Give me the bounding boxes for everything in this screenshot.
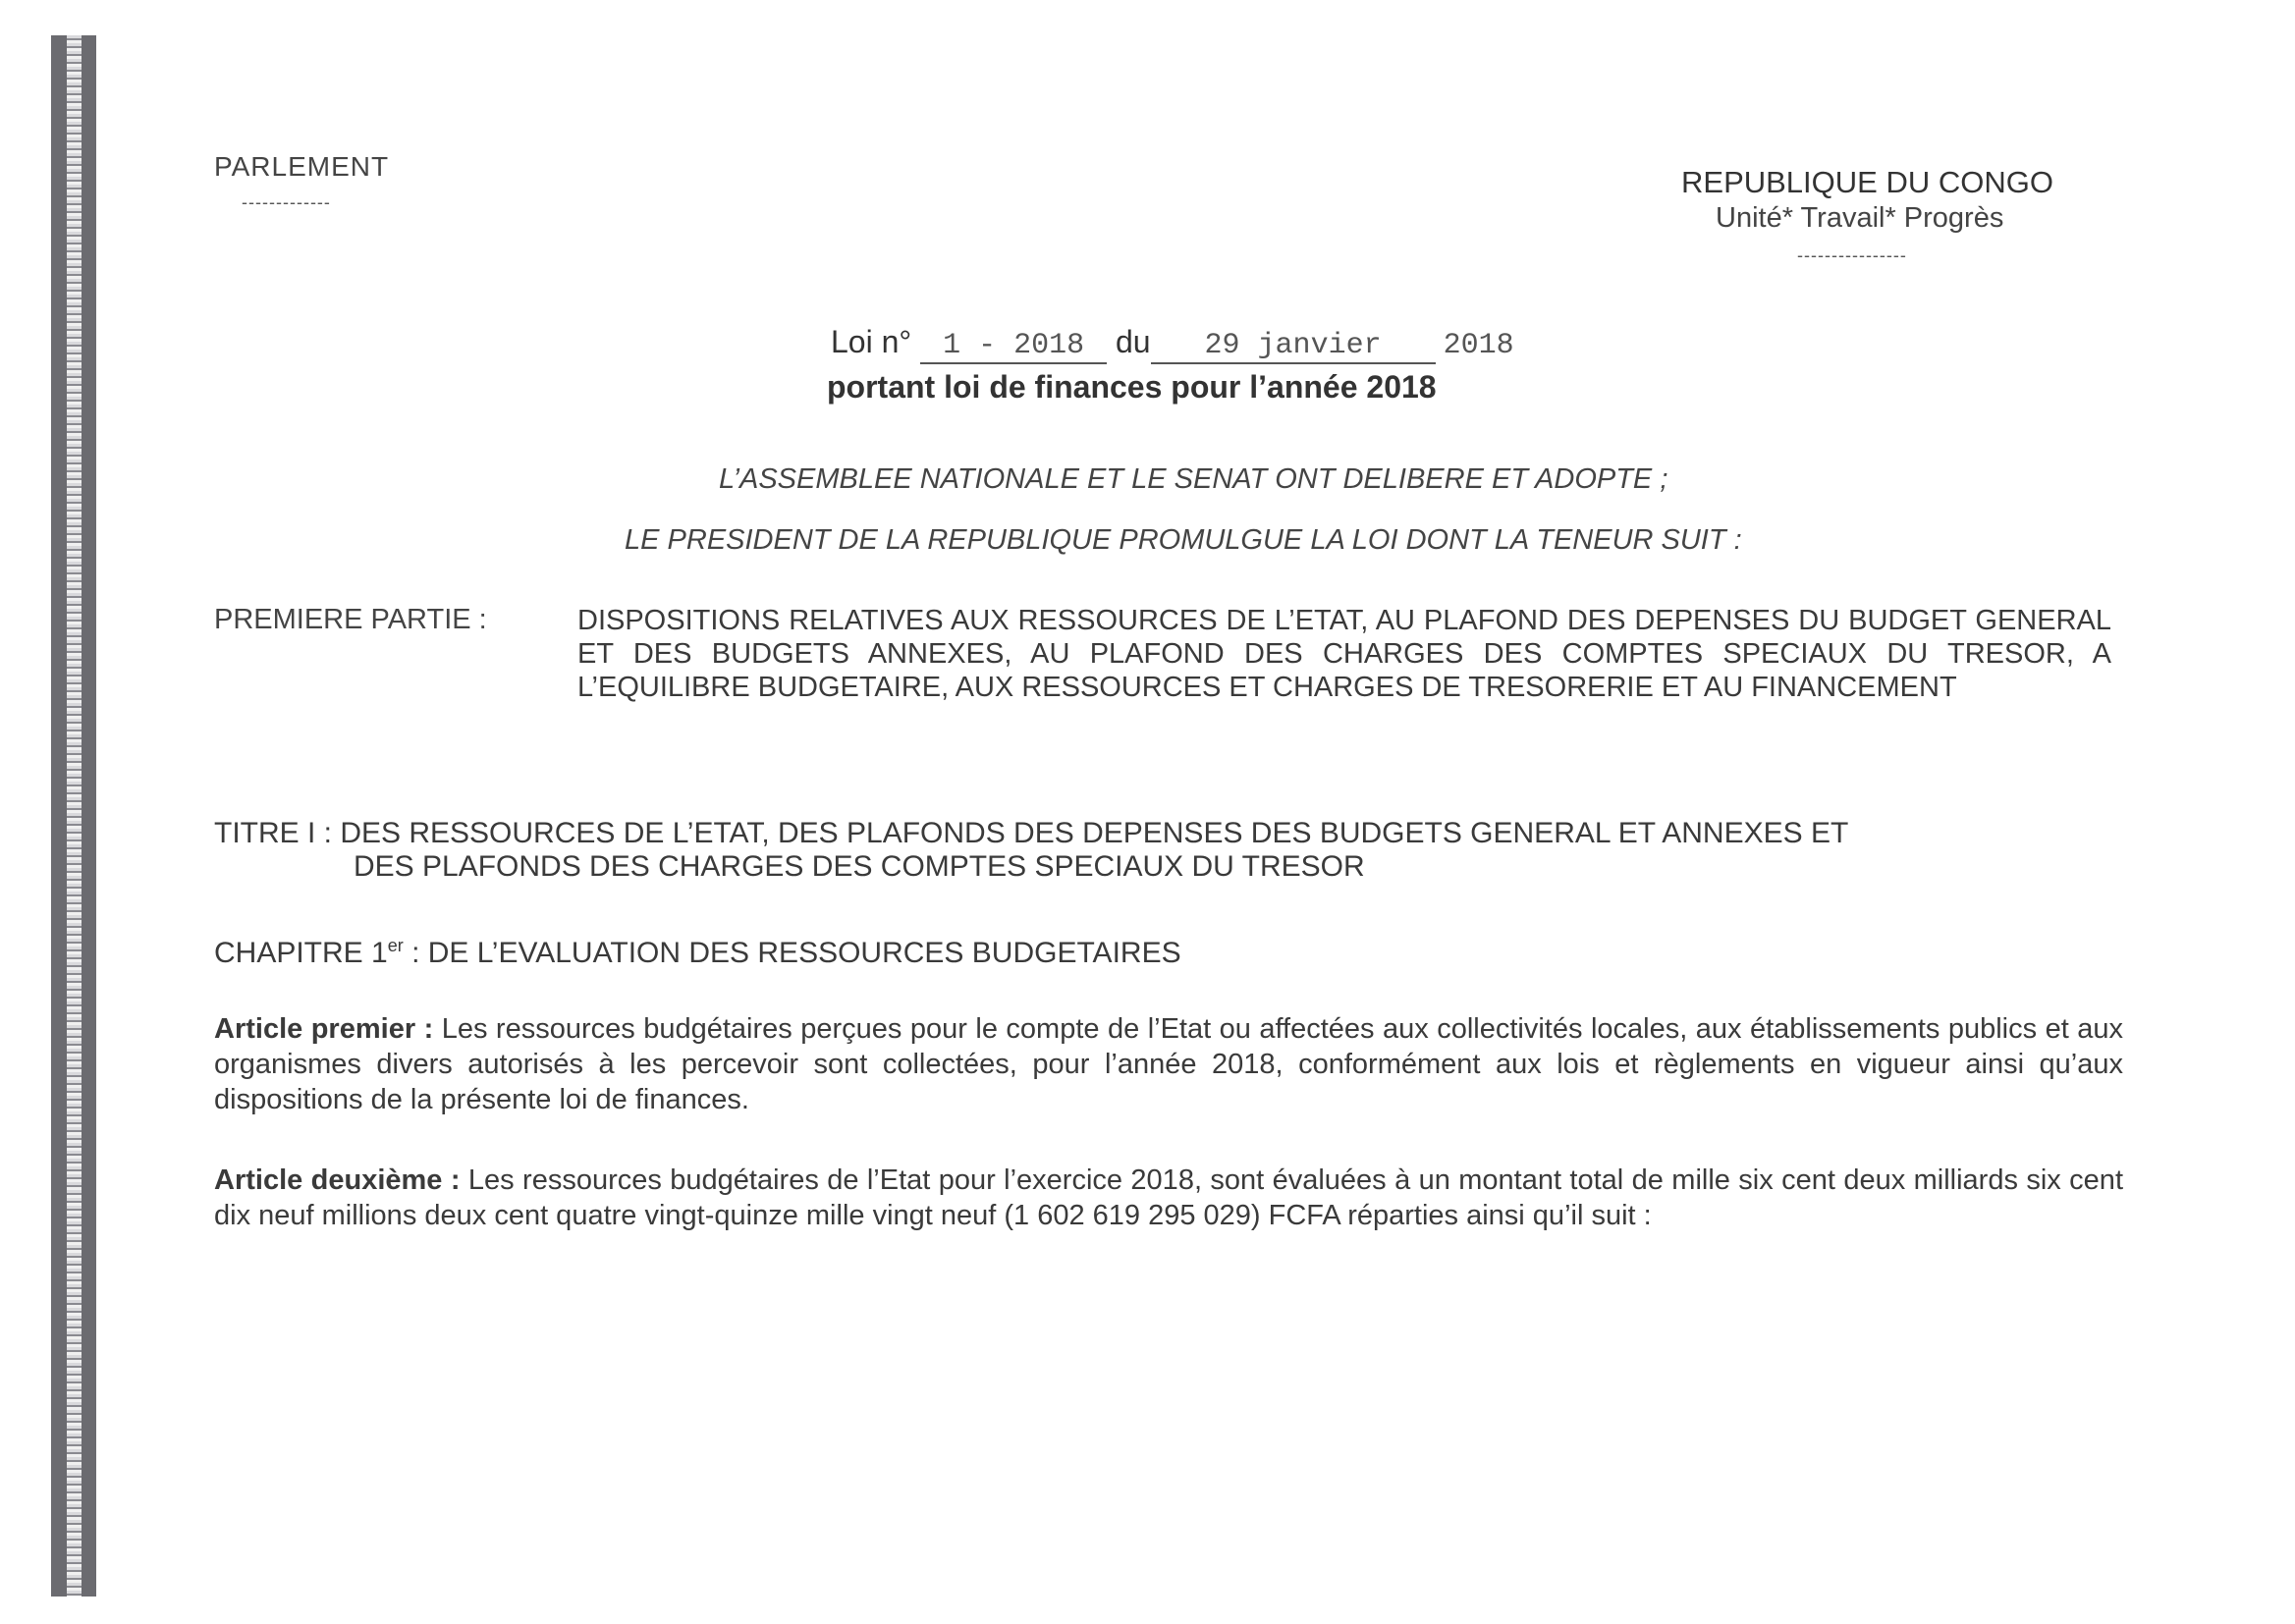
chapter-sup: er: [388, 936, 404, 955]
law-prefix: Loi n°: [831, 324, 911, 359]
part-label: PREMIERE PARTIE :: [214, 604, 487, 636]
chapter-heading: CHAPITRE 1er : DE L’EVALUATION DES RESSO…: [214, 936, 1181, 970]
header-parlement-divider: -------------: [242, 192, 331, 213]
article-1-text: Les ressources budgétaires perçues pour …: [214, 1013, 2123, 1115]
binding-bar-right: [82, 35, 96, 1597]
binding-bar-middle: [67, 35, 82, 1597]
law-number: 1 - 2018: [920, 329, 1107, 364]
binding-strip: [51, 35, 102, 1597]
header-parlement: PARLEMENT: [214, 151, 389, 183]
chapter-text: : DE L’EVALUATION DES RESSOURCES BUDGETA…: [404, 937, 1181, 969]
chapter-prefix: CHAPITRE 1: [214, 937, 388, 969]
article-2: Article deuxième : Les ressources budgét…: [214, 1163, 2123, 1233]
part-heading: DISPOSITIONS RELATIVES AUX RESSOURCES DE…: [577, 604, 2111, 704]
law-year: 2018: [1444, 329, 1514, 362]
titre-line-1: TITRE I : DES RESSOURCES DE L’ETAT, DES …: [214, 817, 1848, 849]
law-subtitle: portant loi de finances pour l’année 201…: [827, 369, 1437, 406]
header-motto: Unité* Travail* Progrès: [1716, 202, 2003, 235]
law-date: 29 janvier: [1151, 329, 1436, 364]
article-1-label: Article premier :: [214, 1013, 433, 1045]
binding-bar-left: [51, 35, 67, 1597]
titre-line-2: DES PLAFONDS DES CHARGES DES COMPTES SPE…: [214, 850, 2080, 884]
header-republique: REPUBLIQUE DU CONGO: [1681, 165, 2053, 200]
law-du: du: [1116, 324, 1151, 359]
header-republique-divider: ----------------: [1797, 245, 1907, 266]
law-reference: Loi n° 1 - 2018 du29 janvier2018: [831, 324, 1514, 364]
article-2-label: Article deuxième :: [214, 1164, 461, 1196]
titre-heading: TITRE I : DES RESSOURCES DE L’ETAT, DES …: [214, 817, 2080, 884]
article-1: Article premier : Les ressources budgéta…: [214, 1011, 2123, 1117]
preamble-line-2: LE PRESIDENT DE LA REPUBLIQUE PROMULGUE …: [625, 524, 1742, 557]
article-2-text: Les ressources budgétaires de l’Etat pou…: [214, 1164, 2123, 1231]
preamble-line-1: L’ASSEMBLEE NATIONALE ET LE SENAT ONT DE…: [719, 463, 1667, 496]
